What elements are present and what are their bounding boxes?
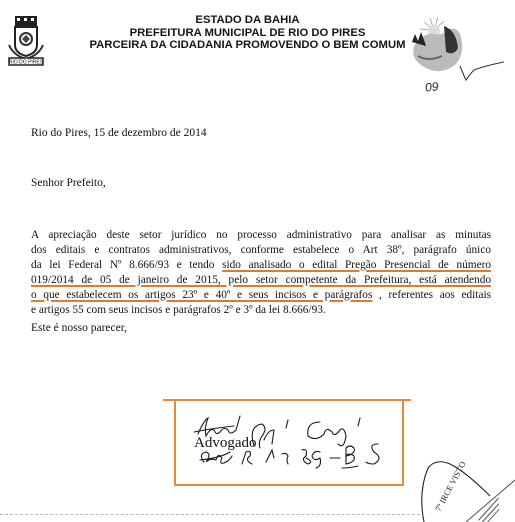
paragraph-text: , referentes aos editais [372,289,491,301]
paragraph-line: dos editais e contratos administrativos,… [31,243,491,258]
handwritten-check-icon [458,60,510,82]
paragraph-text: da lei Federal Nº 8.666/93 e tendo [31,259,222,271]
legal-opinion-paragraph: A apreciação deste setor jurídico no pro… [31,228,491,317]
paragraph-line: A apreciação deste setor jurídico no pro… [31,228,491,243]
page-number: 09 [424,79,439,94]
highlighted-text: o que estabelecem os artigos 23º e 40º e… [31,289,372,301]
highlighted-text: 019/2014 de 05 de janeiro de 2015, pelo … [31,274,491,286]
stamp-text: 7º IRCE VISTO [433,459,468,512]
paragraph-line: o que estabelecem os artigos 23º e 40º e… [31,288,491,303]
salutation: Senhor Prefeito, [31,177,106,189]
paragraph-line: e artigos 55 com seus incisos e parágraf… [31,303,491,318]
closing-line: Este é nosso parecer, [31,322,127,334]
paragraph-line: 019/2014 de 05 de janeiro de 2015, pelo … [31,273,491,288]
signatory-role: Advogado [194,435,257,452]
paragraph-line: da lei Federal Nº 8.666/93 e tendo sido … [31,258,491,273]
page-bottom-rule [0,514,420,515]
crest-caption: RIO DO PIRES [9,60,44,66]
letter-date: Rio do Pires, 15 de dezembro de 2014 [31,127,207,139]
highlighted-text: sido analisado o edital Pregão Presencia… [222,259,491,271]
registry-stamp: 7º IRCE VISTO [418,440,515,522]
